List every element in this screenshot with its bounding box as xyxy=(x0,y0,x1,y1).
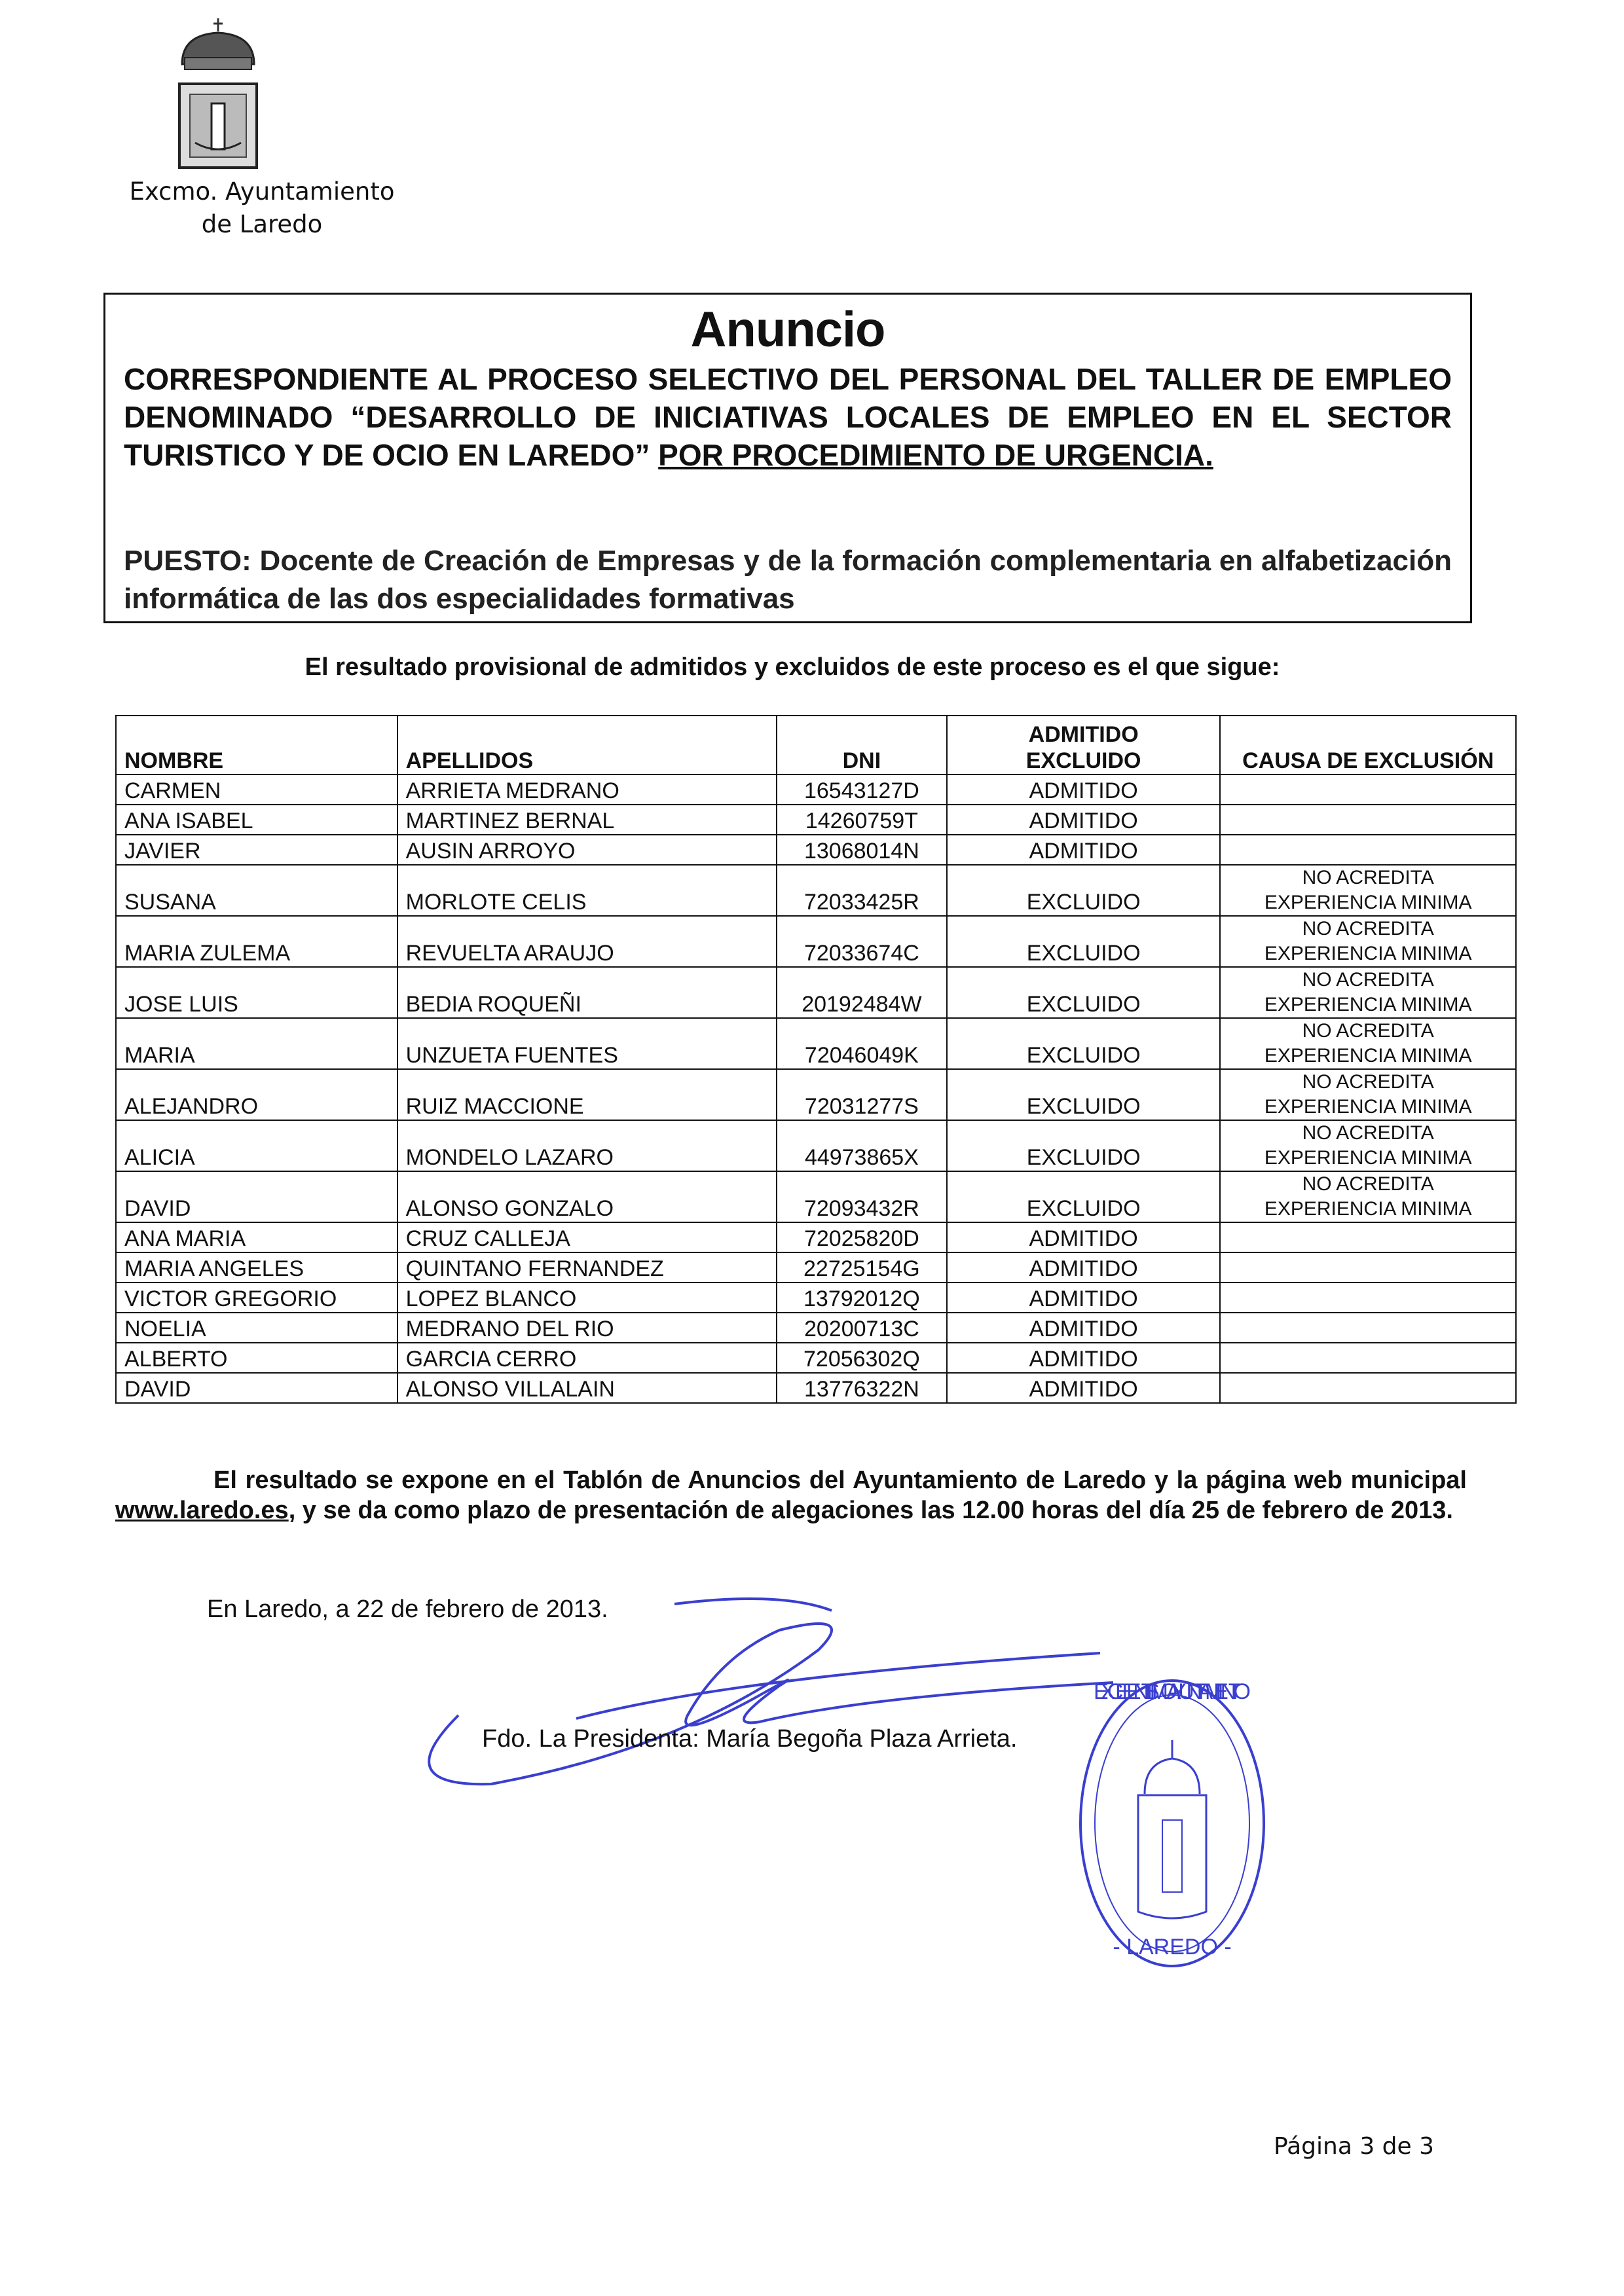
cell-estado: EXCLUIDO xyxy=(947,1069,1221,1120)
cell-apellidos: REVUELTA ARAUJO xyxy=(397,916,777,967)
table-row: ANA MARIACRUZ CALLEJA72025820DADMITIDO xyxy=(116,1222,1516,1252)
cell-dni: 44973865X xyxy=(777,1120,947,1171)
cell-nombre: ANA ISABEL xyxy=(116,805,397,835)
cell-nombre: CARMEN xyxy=(116,774,397,805)
table-row: DAVIDALONSO VILLALAIN13776322NADMITIDO xyxy=(116,1373,1516,1403)
causa-line-2: EXPERIENCIA MINIMA xyxy=(1228,1197,1507,1222)
cell-nombre: ALBERTO xyxy=(116,1343,397,1373)
cell-estado: ADMITIDO xyxy=(947,774,1221,805)
signature-and-stamp: EXCELENTISIMO AYUNTAMIENTO - LAREDO - xyxy=(413,1584,1342,1990)
closing-paragraph: El resultado se expone en el Tablón de A… xyxy=(115,1465,1467,1525)
cell-causa xyxy=(1220,1222,1516,1252)
signer-line: Fdo. La Presidenta: María Begoña Plaza A… xyxy=(482,1725,1017,1753)
cell-causa: NO ACREDITAEXPERIENCIA MINIMA xyxy=(1220,1120,1516,1171)
table-row: ALICIAMONDELO LAZARO44973865XEXCLUIDONO … xyxy=(116,1120,1516,1171)
cell-dni: 14260759T xyxy=(777,805,947,835)
cell-apellidos: ALONSO VILLALAIN xyxy=(397,1373,777,1403)
cell-nombre: ALICIA xyxy=(116,1120,397,1171)
cell-dni: 72033674C xyxy=(777,916,947,967)
table-row: MARIA ZULEMAREVUELTA ARAUJO72033674CEXCL… xyxy=(116,916,1516,967)
causa-line-1: NO ACREDITA xyxy=(1228,1121,1507,1146)
causa-line-1: NO ACREDITA xyxy=(1228,968,1507,993)
cell-dni: 22725154G xyxy=(777,1252,947,1283)
causa-line-1: NO ACREDITA xyxy=(1228,866,1507,890)
cell-dni: 72033425R xyxy=(777,865,947,916)
cell-dni: 72046049K xyxy=(777,1018,947,1069)
col-dni: DNI xyxy=(777,716,947,774)
col-causa: CAUSA DE EXCLUSIÓN xyxy=(1220,716,1516,774)
cell-dni: 13776322N xyxy=(777,1373,947,1403)
cell-estado: ADMITIDO xyxy=(947,1343,1221,1373)
cell-apellidos: AUSIN ARROYO xyxy=(397,835,777,865)
cell-estado: EXCLUIDO xyxy=(947,1171,1221,1222)
closing-text-1: El resultado se expone en el Tablón de A… xyxy=(213,1467,1467,1494)
cell-estado: ADMITIDO xyxy=(947,1313,1221,1343)
cell-estado: ADMITIDO xyxy=(947,1222,1221,1252)
cell-causa: NO ACREDITAEXPERIENCIA MINIMA xyxy=(1220,916,1516,967)
table-row: JAVIERAUSIN ARROYO13068014NADMITIDO xyxy=(116,835,1516,865)
col-nombre: NOMBRE xyxy=(116,716,397,774)
cell-estado: ADMITIDO xyxy=(947,805,1221,835)
announcement-title: Anuncio xyxy=(105,301,1470,358)
cell-estado: EXCLUIDO xyxy=(947,967,1221,1018)
cell-causa xyxy=(1220,1252,1516,1283)
announcement-header-box: Anuncio CORRESPONDIENTE AL PROCESO SELEC… xyxy=(103,293,1472,623)
cell-apellidos: CRUZ CALLEJA xyxy=(397,1222,777,1252)
stamp-text-bottom: - LAREDO - xyxy=(1113,1935,1231,1959)
cell-nombre: JAVIER xyxy=(116,835,397,865)
cell-causa: NO ACREDITAEXPERIENCIA MINIMA xyxy=(1220,1018,1516,1069)
cell-nombre: ANA MARIA xyxy=(116,1222,397,1252)
cell-estado: ADMITIDO xyxy=(947,835,1221,865)
causa-line-2: EXPERIENCIA MINIMA xyxy=(1228,1044,1507,1068)
cell-estado: EXCLUIDO xyxy=(947,1018,1221,1069)
col-estado: ADMITIDOEXCLUIDO xyxy=(947,716,1221,774)
causa-line-1: NO ACREDITA xyxy=(1228,1070,1507,1095)
municipal-website-link[interactable]: www.laredo.es xyxy=(115,1497,289,1524)
stamp-text-top: EXCELENTISIMO AYUNTAMIENTO xyxy=(1094,1679,1251,1704)
org-line-2: de Laredo xyxy=(118,208,406,241)
table-row: VICTOR GREGORIOLOPEZ BLANCO13792012QADMI… xyxy=(116,1283,1516,1313)
cell-nombre: NOELIA xyxy=(116,1313,397,1343)
closing-text-2: , y se da como plazo de presentación de … xyxy=(289,1497,1453,1524)
organization-name: Excmo. Ayuntamiento de Laredo xyxy=(118,175,406,241)
cell-dni: 72056302Q xyxy=(777,1343,947,1373)
causa-line-2: EXPERIENCIA MINIMA xyxy=(1228,993,1507,1017)
table-row: MARIA ANGELESQUINTANO FERNANDEZ22725154G… xyxy=(116,1252,1516,1283)
cell-nombre: VICTOR GREGORIO xyxy=(116,1283,397,1313)
causa-line-2: EXPERIENCIA MINIMA xyxy=(1228,890,1507,915)
org-line-1: Excmo. Ayuntamiento xyxy=(118,175,406,208)
table-row: ALEJANDRORUIZ MACCIONE72031277SEXCLUIDON… xyxy=(116,1069,1516,1120)
cell-apellidos: UNZUETA FUENTES xyxy=(397,1018,777,1069)
cell-causa xyxy=(1220,1283,1516,1313)
table-row: ALBERTOGARCIA CERRO72056302QADMITIDO xyxy=(116,1343,1516,1373)
table-row: NOELIAMEDRANO DEL RIO20200713CADMITIDO xyxy=(116,1313,1516,1343)
cell-estado: EXCLUIDO xyxy=(947,916,1221,967)
cell-nombre: ALEJANDRO xyxy=(116,1069,397,1120)
table-row: ANA ISABELMARTINEZ BERNAL14260759TADMITI… xyxy=(116,805,1516,835)
handwritten-signature-icon xyxy=(429,1599,1113,1784)
causa-line-1: NO ACREDITA xyxy=(1228,1172,1507,1197)
cell-causa xyxy=(1220,774,1516,805)
cell-nombre: DAVID xyxy=(116,1373,397,1403)
causa-line-2: EXPERIENCIA MINIMA xyxy=(1228,1146,1507,1171)
causa-line-1: NO ACREDITA xyxy=(1228,917,1507,941)
cell-apellidos: MONDELO LAZARO xyxy=(397,1120,777,1171)
official-stamp-icon: EXCELENTISIMO AYUNTAMIENTO - LAREDO - xyxy=(1080,1679,1264,1966)
cell-apellidos: MARTINEZ BERNAL xyxy=(397,805,777,835)
cell-nombre: DAVID xyxy=(116,1171,397,1222)
cell-causa xyxy=(1220,1343,1516,1373)
cell-dni: 20192484W xyxy=(777,967,947,1018)
cell-causa: NO ACREDITAEXPERIENCIA MINIMA xyxy=(1220,1069,1516,1120)
table-row: DAVIDALONSO GONZALO72093432REXCLUIDONO A… xyxy=(116,1171,1516,1222)
cell-dni: 20200713C xyxy=(777,1313,947,1343)
cell-apellidos: ALONSO GONZALO xyxy=(397,1171,777,1222)
cell-causa xyxy=(1220,1373,1516,1403)
intro-text: El resultado provisional de admitidos y … xyxy=(105,653,1480,682)
cell-nombre: SUSANA xyxy=(116,865,397,916)
table-row: JOSE LUISBEDIA ROQUEÑI20192484WEXCLUIDON… xyxy=(116,967,1516,1018)
cell-nombre: MARIA ZULEMA xyxy=(116,916,397,967)
col-estado-line1: ADMITIDO xyxy=(955,721,1212,748)
cell-causa: NO ACREDITAEXPERIENCIA MINIMA xyxy=(1220,1171,1516,1222)
cell-causa xyxy=(1220,1313,1516,1343)
cell-dni: 16543127D xyxy=(777,774,947,805)
cell-causa xyxy=(1220,835,1516,865)
cell-estado: ADMITIDO xyxy=(947,1373,1221,1403)
cell-apellidos: RUIZ MACCIONE xyxy=(397,1069,777,1120)
announcement-subject: CORRESPONDIENTE AL PROCESO SELECTIVO DEL… xyxy=(124,360,1452,474)
cell-dni: 72093432R xyxy=(777,1171,947,1222)
causa-line-1: NO ACREDITA xyxy=(1228,1019,1507,1044)
cell-apellidos: LOPEZ BLANCO xyxy=(397,1283,777,1313)
cell-dni: 13792012Q xyxy=(777,1283,947,1313)
cell-estado: ADMITIDO xyxy=(947,1252,1221,1283)
table-row: CARMENARRIETA MEDRANO16543127DADMITIDO xyxy=(116,774,1516,805)
table-row: MARIAUNZUETA FUENTES72046049KEXCLUIDONO … xyxy=(116,1018,1516,1069)
position-text: Docente de Creación de Empresas y de la … xyxy=(124,545,1452,615)
cell-apellidos: ARRIETA MEDRANO xyxy=(397,774,777,805)
cell-apellidos: MEDRANO DEL RIO xyxy=(397,1313,777,1343)
col-apellidos: APELLIDOS xyxy=(397,716,777,774)
causa-line-2: EXPERIENCIA MINIMA xyxy=(1228,941,1507,966)
position-label: PUESTO: xyxy=(124,545,251,577)
causa-line-2: EXPERIENCIA MINIMA xyxy=(1228,1095,1507,1120)
cell-dni: 13068014N xyxy=(777,835,947,865)
cell-estado: EXCLUIDO xyxy=(947,865,1221,916)
results-body: CARMENARRIETA MEDRANO16543127DADMITIDOAN… xyxy=(116,774,1516,1403)
cell-causa: NO ACREDITAEXPERIENCIA MINIMA xyxy=(1220,967,1516,1018)
cell-dni: 72025820D xyxy=(777,1222,947,1252)
cell-estado: EXCLUIDO xyxy=(947,1120,1221,1171)
results-table: NOMBRE APELLIDOS DNI ADMITIDOEXCLUIDO CA… xyxy=(115,715,1517,1404)
position-description: PUESTO: Docente de Creación de Empresas … xyxy=(124,542,1452,618)
cell-nombre: MARIA xyxy=(116,1018,397,1069)
page-number: Página 3 de 3 xyxy=(1274,2133,1434,2160)
table-header-row: NOMBRE APELLIDOS DNI ADMITIDOEXCLUIDO CA… xyxy=(116,716,1516,774)
cell-nombre: MARIA ANGELES xyxy=(116,1252,397,1283)
cell-apellidos: GARCIA CERRO xyxy=(397,1343,777,1373)
table-row: SUSANAMORLOTE CELIS72033425REXCLUIDONO A… xyxy=(116,865,1516,916)
cell-causa: NO ACREDITAEXPERIENCIA MINIMA xyxy=(1220,865,1516,916)
cell-causa xyxy=(1220,805,1516,835)
cell-apellidos: BEDIA ROQUEÑI xyxy=(397,967,777,1018)
laredo-coat-of-arms-icon xyxy=(175,18,261,172)
cell-apellidos: QUINTANO FERNANDEZ xyxy=(397,1252,777,1283)
subject-urgency: POR PROCEDIMIENTO DE URGENCIA. xyxy=(658,438,1213,472)
col-estado-line2: EXCLUIDO xyxy=(955,748,1212,774)
cell-estado: ADMITIDO xyxy=(947,1283,1221,1313)
cell-dni: 72031277S xyxy=(777,1069,947,1120)
cell-apellidos: MORLOTE CELIS xyxy=(397,865,777,916)
cell-nombre: JOSE LUIS xyxy=(116,967,397,1018)
